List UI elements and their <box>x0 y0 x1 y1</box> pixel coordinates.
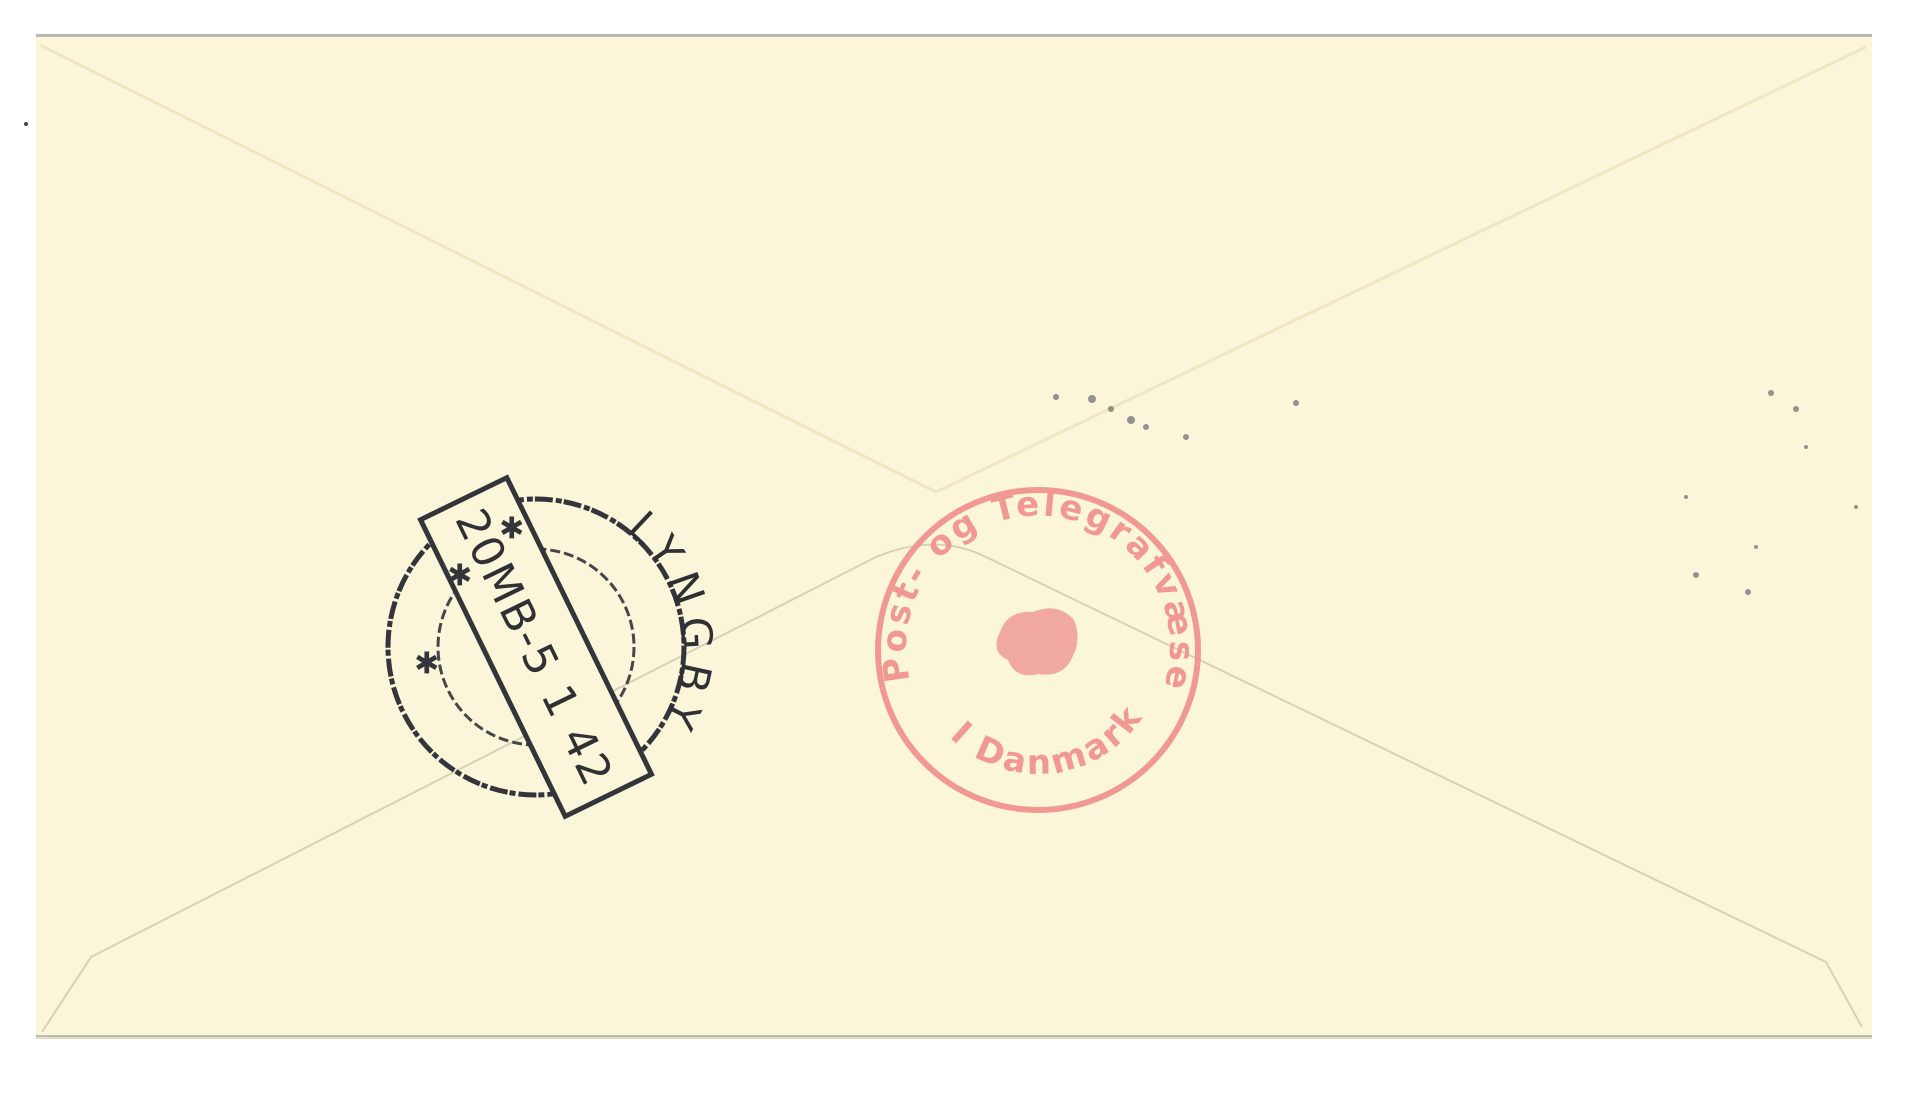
dust-speck <box>24 122 28 126</box>
danish-post-seal: Post- og Telegrafvæsenet I Danmark <box>875 484 1202 810</box>
lyngby-postmark: 20MB-5 1 42 ✱ ✱ ✱ LYNGBY <box>388 478 722 817</box>
envelope-back: 20MB-5 1 42 ✱ ✱ ✱ LYNGBY Post- og Telegr… <box>36 34 1872 1039</box>
svg-text:I Danmark: I Danmark <box>943 697 1151 783</box>
envelope-flap-lines: 20MB-5 1 42 ✱ ✱ ✱ LYNGBY Post- og Telegr… <box>36 37 1872 1037</box>
crown-icon <box>996 608 1077 675</box>
svg-text:LYNGBY: LYNGBY <box>619 501 722 745</box>
svg-text:✱: ✱ <box>404 644 447 683</box>
